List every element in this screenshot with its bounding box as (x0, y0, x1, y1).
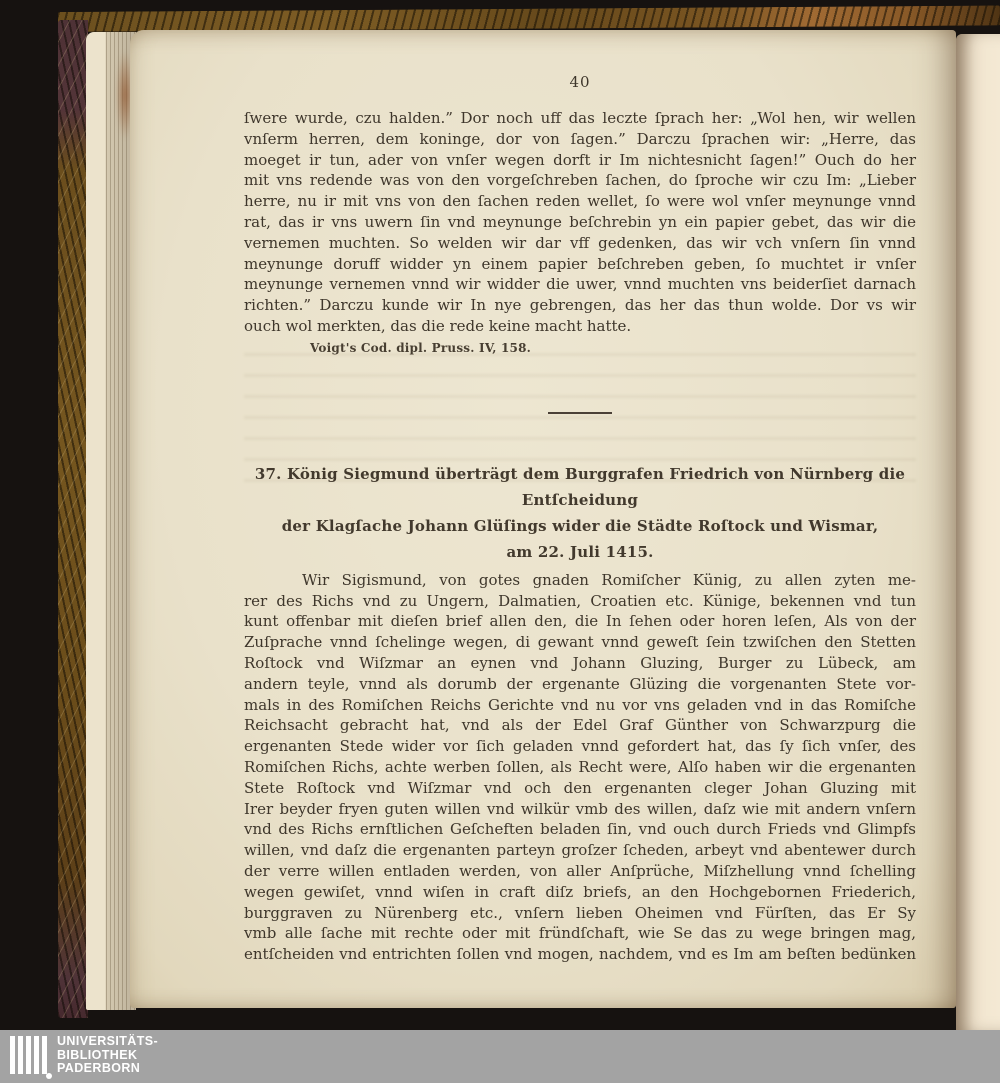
next-page-edge (956, 34, 1000, 1030)
text-line: vernemen muchten. So welden wir dar vff … (244, 233, 916, 254)
heading-line: am 22. Juli 1415. (244, 539, 916, 565)
heading-line: der Klagſache Johann Glüſings wider die … (244, 513, 916, 539)
text-line: Romiſchen Richs, achte werben ſollen, al… (244, 757, 916, 778)
text-line: wegen gewiſet, vnnd wiſen in craft diſz … (244, 882, 916, 903)
charter-text-paragraph: Wir Sigismund, von gotes gnaden Romiſche… (244, 570, 916, 965)
paragraph-last-line: ouch wol merkten, das die rede keine mac… (244, 316, 916, 337)
text-line: Roſtock vnd Wiſzmar an eynen vnd Johann … (244, 653, 916, 674)
text-line: entſcheiden vnd entrichten ſollen vnd mo… (244, 944, 916, 965)
text-line: vnſerm herren, dem koninge, dor von ſage… (244, 129, 916, 150)
logo-bar (42, 1036, 47, 1074)
text-line: der verre willen entladen werden, von al… (244, 861, 916, 882)
logo-bars (10, 1036, 50, 1074)
text-line: rat, das ir vns uwern ſin vnd meynunge b… (244, 212, 916, 233)
text-line: richten.” Darczu kunde wir In nye gebren… (244, 295, 916, 316)
text-line: Zuſprache vnnd ſchelinge wegen, di gewan… (244, 632, 916, 653)
logo-bar (18, 1036, 23, 1074)
logo-bar (26, 1036, 31, 1074)
text-line: kunt offenbar mit dieſen brief allen den… (244, 611, 916, 632)
text-line: vnd des Richs ernſtlichen Geſcheften bel… (244, 819, 916, 840)
book-page: 40 ſwere wurde, czu halden.” Dor noch uf… (130, 30, 956, 1008)
ub-paderborn-logo-icon (10, 1036, 50, 1076)
watermark-line-3: PADERBORN (57, 1062, 158, 1076)
logo-dot (46, 1073, 52, 1079)
logo-bar (34, 1036, 39, 1074)
logo-bar (10, 1036, 15, 1074)
text-line: meynunge doruff widder yn einem papier b… (244, 254, 916, 275)
text-line: andern teyle, vnnd als dorumb der ergena… (244, 674, 916, 695)
page-number: 40 (244, 72, 916, 92)
book-spine (58, 20, 88, 1018)
text-line: Irer beyder fryen guten willen vnd wilkü… (244, 799, 916, 820)
watermark-text: UNIVERSITÄTS- BIBLIOTHEK PADERBORN (57, 1035, 158, 1076)
text-line: mals in des Romiſchen Reichs Gerichte vn… (244, 695, 916, 716)
text-line: herre, nu ir mit vns von den ſachen rede… (244, 191, 916, 212)
text-line: Stete Roſtock vnd Wiſzmar vnd och den er… (244, 778, 916, 799)
text-line: Wir Sigismund, von gotes gnaden Romiſche… (244, 570, 916, 591)
paragraph-continued: ſwere wurde, czu halden.” Dor noch uff d… (244, 108, 916, 316)
watermark-line-1: UNIVERSITÄTS- (57, 1035, 158, 1049)
text-line: rer des Richs vnd zu Ungern, Dalmatien, … (244, 591, 916, 612)
page-content: 40 ſwere wurde, czu halden.” Dor noch uf… (244, 72, 916, 965)
section-divider-rule (548, 412, 612, 414)
heading-line: 37. König Siegmund überträgt dem Burggra… (244, 461, 916, 513)
text-line: willen, vnd daſz die ergenanten parteyn … (244, 840, 916, 861)
text-line: mit vns redende was von den vorgeſchrebe… (244, 170, 916, 191)
section-heading: 37. König Siegmund überträgt dem Burggra… (244, 461, 916, 565)
text-line: meynunge vernemen vnnd wir widder die uw… (244, 274, 916, 295)
page-fore-edges (86, 32, 136, 1010)
watermark-band: UNIVERSITÄTS- BIBLIOTHEK PADERBORN (0, 1030, 1000, 1083)
source-citation: Voigt's Cod. dipl. Pruss. IV, 158. (244, 340, 916, 356)
text-line: moeget ir tun, ader von vnſer wegen dorf… (244, 150, 916, 171)
book-cover-top-edge (58, 5, 1000, 32)
text-line: vmb alle ſache mit rechte oder mit fründ… (244, 923, 916, 944)
text-line: ergenanten Stede wider vor ſich geladen … (244, 736, 916, 757)
watermark-line-2: BIBLIOTHEK (57, 1049, 158, 1063)
text-line: ſwere wurde, czu halden.” Dor noch uff d… (244, 108, 916, 129)
text-line: Reichsacht gebracht hat, vnd als der Ede… (244, 715, 916, 736)
text-line: burggraven zu Nürenberg etc., vnſern lie… (244, 903, 916, 924)
